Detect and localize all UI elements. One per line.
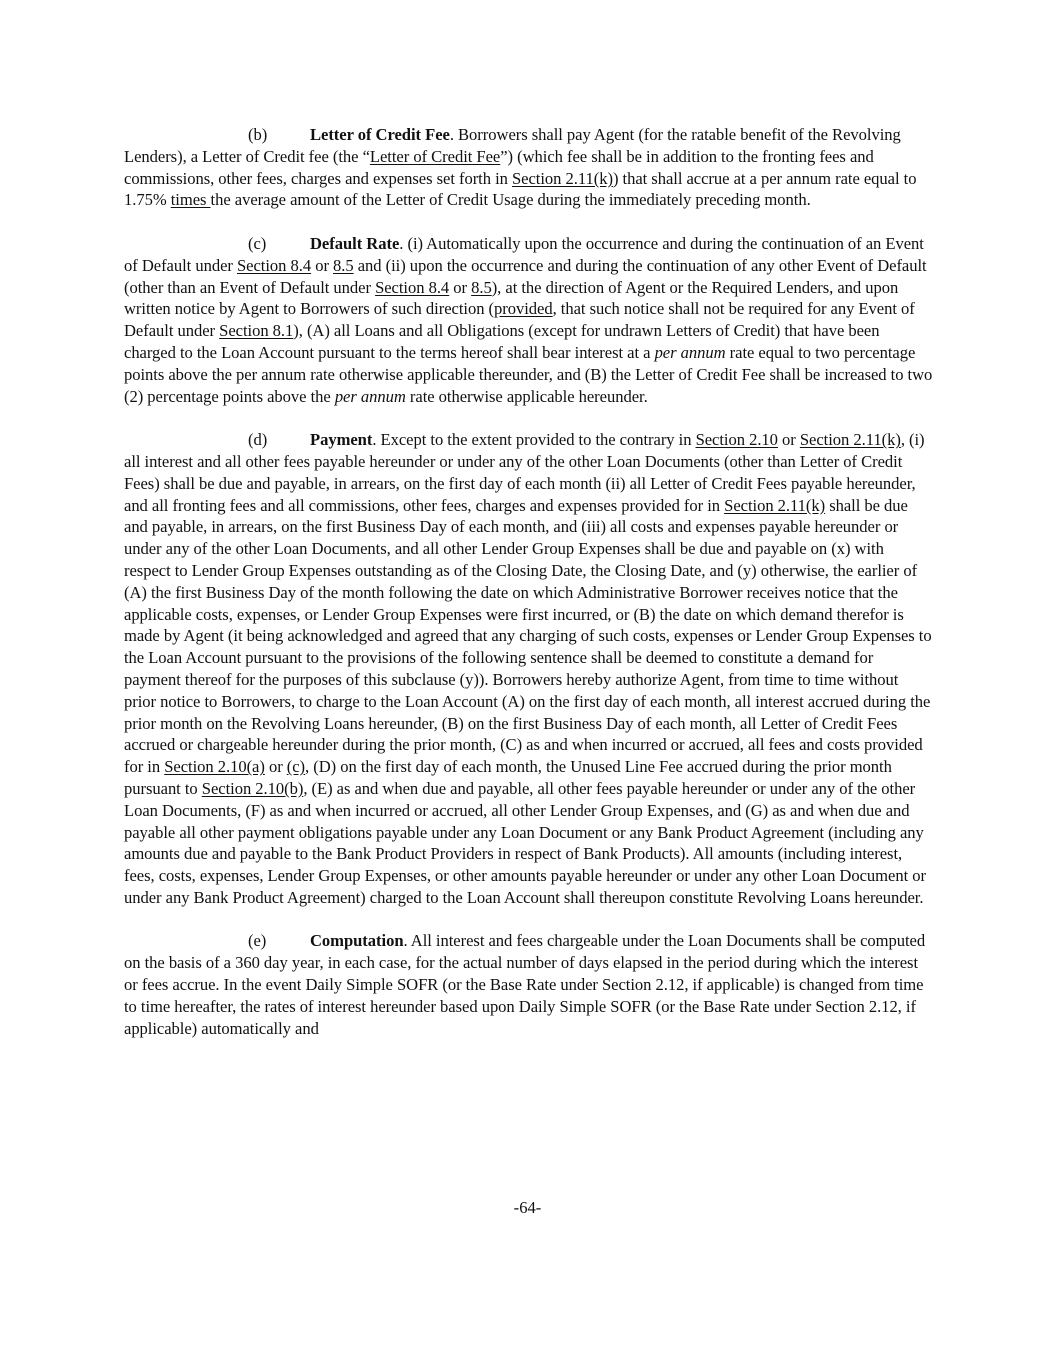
cross-reference: Letter of Credit Fee: [370, 147, 500, 166]
body-text: the average amount of the Letter of Cred…: [211, 190, 811, 209]
section-d-payment: (d)Payment. Except to the extent provide…: [124, 429, 934, 909]
section-body: . Except to the extent provided to the c…: [124, 430, 932, 907]
body-text: or: [449, 278, 471, 297]
body-text: . All interest and fees chargeable under…: [124, 931, 925, 1037]
section-label: (e): [248, 930, 310, 952]
cross-reference: Section 8.1: [219, 321, 293, 340]
cross-reference: 8.5: [333, 256, 354, 275]
section-heading: Letter of Credit Fee: [310, 125, 450, 144]
document-page: (b)Letter of Credit Fee. Borrowers shall…: [124, 124, 934, 1061]
section-label: (d): [248, 429, 310, 451]
cross-reference: provided: [494, 299, 553, 318]
cross-reference: Section 2.10(b): [202, 779, 304, 798]
cross-reference: Section 8.4: [237, 256, 311, 275]
section-e-computation: (e)Computation. All interest and fees ch…: [124, 930, 934, 1039]
italic-term: per annum: [335, 387, 406, 406]
body-text: or: [778, 430, 800, 449]
italic-term: per annum: [655, 343, 726, 362]
cross-reference: 8.5: [471, 278, 492, 297]
body-text: , (E) as and when due and payable, all o…: [124, 779, 926, 907]
section-c-default-rate: (c)Default Rate. (i) Automatically upon …: [124, 233, 934, 407]
section-body: . Borrowers shall pay Agent (for the rat…: [124, 125, 916, 209]
cross-reference: (c): [287, 757, 305, 776]
page-number: -64-: [0, 1198, 1055, 1218]
body-text: or: [311, 256, 333, 275]
section-label: (b): [248, 124, 310, 146]
cross-reference: Section 2.11(k): [800, 430, 901, 449]
cross-reference: Section 8.4: [375, 278, 449, 297]
cross-reference: Section 2.10(a): [164, 757, 265, 776]
section-heading: Default Rate: [310, 234, 399, 253]
section-heading: Payment: [310, 430, 372, 449]
body-text: rate otherwise applicable hereunder.: [406, 387, 648, 406]
section-label: (c): [248, 233, 310, 255]
section-heading: Computation: [310, 931, 404, 950]
section-body: . All interest and fees chargeable under…: [124, 931, 925, 1037]
body-text: shall be due and payable, in arrears, on…: [124, 496, 932, 777]
cross-reference: Section 2.11(k): [512, 169, 613, 188]
body-text: or: [265, 757, 287, 776]
section-body: . (i) Automatically upon the occurrence …: [124, 234, 932, 406]
cross-reference: Section 2.10: [696, 430, 778, 449]
cross-reference: times: [171, 190, 211, 209]
body-text: . Except to the extent provided to the c…: [372, 430, 695, 449]
section-b-letter-of-credit-fee: (b)Letter of Credit Fee. Borrowers shall…: [124, 124, 934, 211]
cross-reference: Section 2.11(k): [724, 496, 825, 515]
